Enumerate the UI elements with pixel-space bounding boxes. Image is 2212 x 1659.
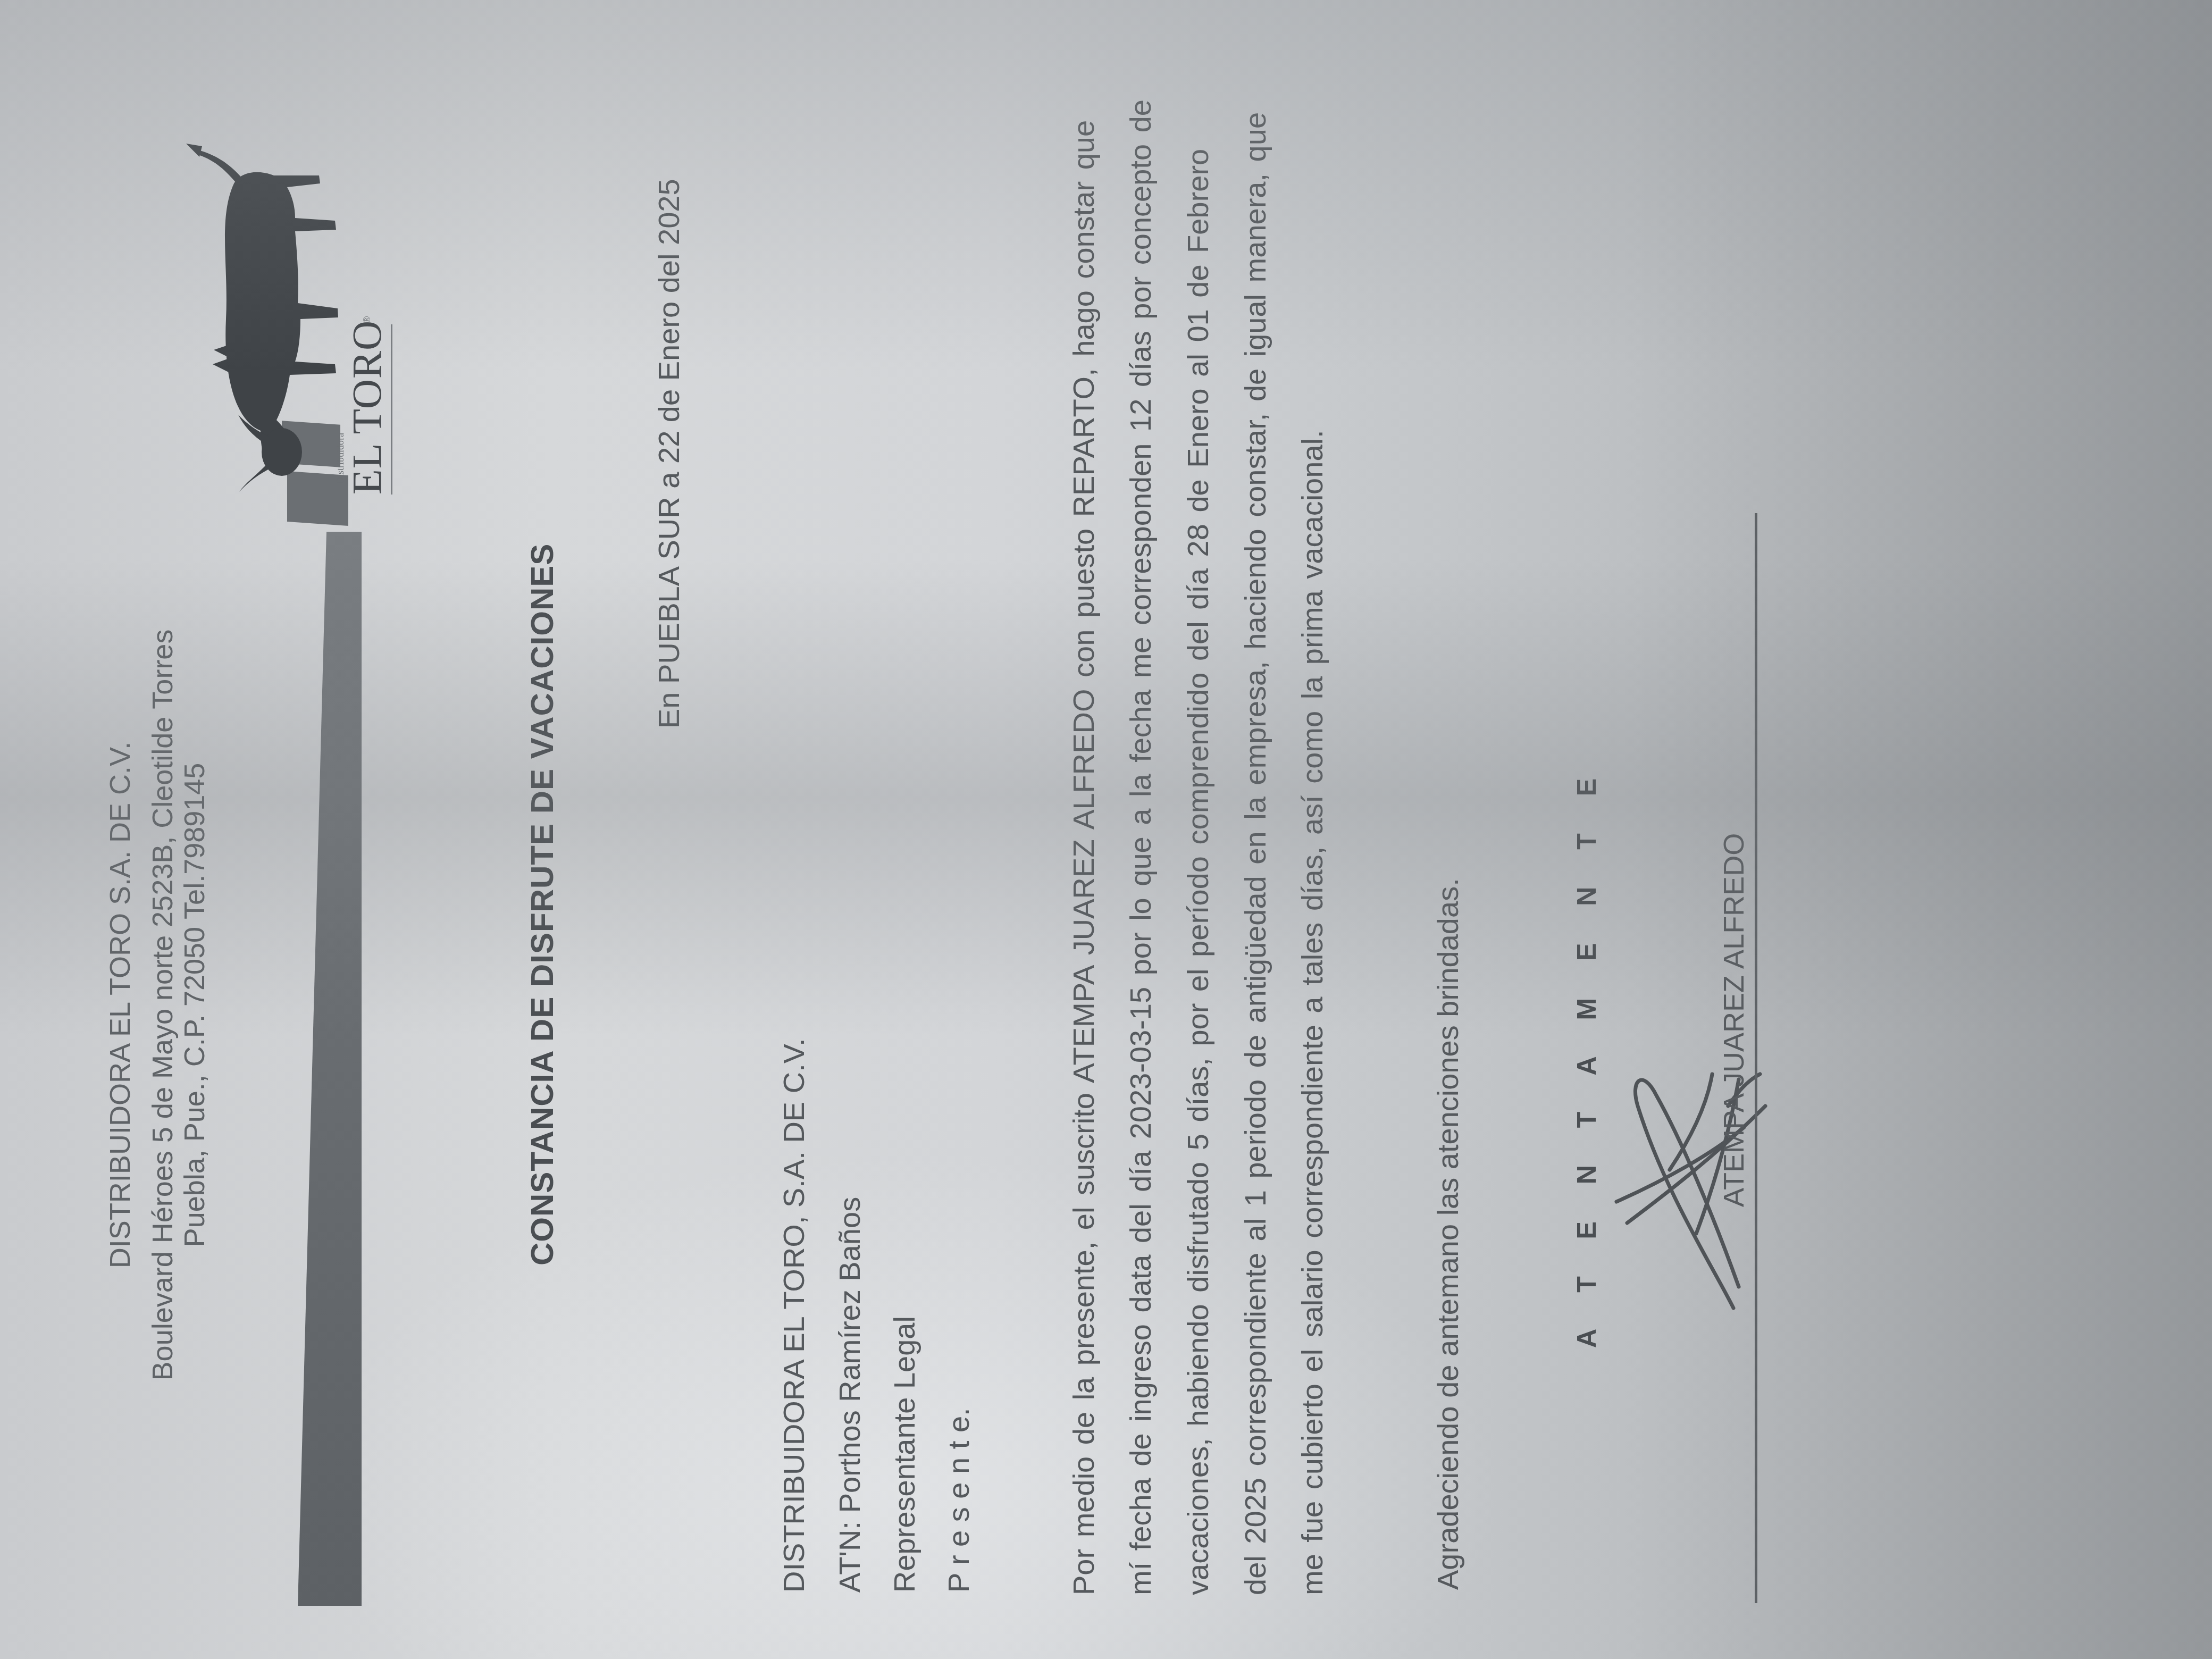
bull-icon bbox=[181, 133, 351, 495]
logo-registered-mark: ® bbox=[362, 316, 373, 323]
addressee-role: Representante Legal bbox=[887, 1316, 921, 1593]
addressee-company: DISTRIBUIDORA EL TORO, S.A. DE C.V. bbox=[776, 1038, 811, 1593]
body-line: me fue cubierto el salario correspondien… bbox=[1295, 430, 1329, 1595]
letter-page: DISTRIBUIDORA EL TORO S.A. DE C.V. Boule… bbox=[0, 0, 2212, 1659]
body-line: vacaciones, habiendo disfrutado 5 días, … bbox=[1180, 149, 1215, 1595]
sign-off: A T E N T A M E N T E bbox=[1571, 764, 1602, 1348]
body-line: mí fecha de ingreso data del día 2023-03… bbox=[1123, 99, 1158, 1595]
body-line: del 2025 correspondiente al 1 periodo de… bbox=[1238, 112, 1272, 1595]
signatory-name: ATEMPA JUAREZ ALFREDO bbox=[1717, 833, 1750, 1207]
header-company: DISTRIBUIDORA EL TORO S.A. DE C.V. bbox=[104, 553, 137, 1457]
header-address-line2: Puebla, Pue., C.P. 72050 Tel.7989145 bbox=[178, 553, 211, 1457]
company-logo: Distribuidora EL TORO ® bbox=[181, 154, 383, 516]
signature-line bbox=[1755, 513, 1757, 1603]
addressee-greeting: P r e s e n t e. bbox=[941, 1407, 976, 1593]
header-address-line1: Boulevard Héroes 5 de Mayo norte 2523B, … bbox=[146, 553, 179, 1457]
place-date: En PUEBLA SUR a 22 de Enero del 2025 bbox=[651, 179, 686, 728]
document-title: CONSTANCIA DE DISFRUTE DE VACACIONES bbox=[524, 543, 560, 1266]
handwritten-signature-icon bbox=[1606, 957, 1787, 1329]
addressee-attention: AT'N: Porthos Ramírez Baños bbox=[832, 1197, 867, 1593]
logo-underline bbox=[391, 324, 392, 495]
logo-brand: EL TORO bbox=[343, 320, 391, 495]
body-line: Por medio de la presente, el suscrito AT… bbox=[1066, 120, 1101, 1595]
header-bar bbox=[298, 532, 362, 1606]
closing-text: Agradeciendo de antemano las atenciones … bbox=[1430, 878, 1465, 1590]
